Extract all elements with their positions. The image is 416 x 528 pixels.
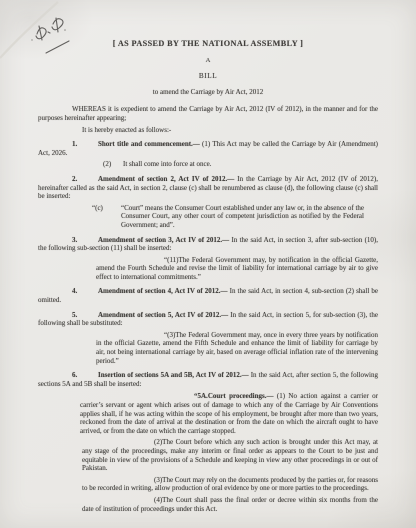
subsection-text: It shall come into force at once. — [123, 160, 211, 168]
subsection-number: (2) — [103, 160, 123, 169]
section-1-subsection-2: (2)It shall come into force at once. — [103, 160, 378, 169]
substituted-subsection-3: “(3)The Federal Government may, once in … — [96, 331, 378, 365]
inserted-subsection-11: “(11)The Federal Government may, by noti… — [96, 256, 378, 282]
section-5a-subsection-3: (3)The Court may rely on the documents p… — [82, 476, 378, 493]
section-5-paragraph: 5.Amendment of section 5, Act IV of 2012… — [38, 311, 378, 328]
section-2-paragraph: 2.Amendment of section 2, Act IV of 2012… — [38, 175, 378, 201]
section-6-number: 6. — [72, 371, 98, 380]
quote-marker: “(11) — [130, 256, 179, 265]
section-4-paragraph: 4.Amendment of section 4, Act IV of 2012… — [38, 287, 378, 304]
section-4-number: 4. — [72, 287, 98, 296]
quote-marker: “(3) — [130, 331, 175, 340]
section-4-heading: Amendment of section 4, Act IV of 2012.— — [98, 287, 228, 295]
enacting-clause: It is hereby enacted as follows:- — [38, 126, 378, 135]
section-3-heading: Amendment of section 3, Act IV of 2012.— — [98, 236, 229, 244]
section-5a-subsection-2: (2)The Court before which any such actio… — [82, 438, 378, 472]
section-6-heading: Insertion of sections 5A and 5B, Act IV … — [98, 371, 249, 379]
section-1-heading: Short title and commencement.— — [98, 140, 200, 148]
section-5a-heading: Court proceedings.— — [208, 392, 274, 400]
section-2-number: 2. — [72, 175, 98, 184]
inserted-section-5a: “5A.Court proceedings.— (1) No action ag… — [80, 392, 378, 435]
clause-marker: “(c) — [92, 204, 121, 213]
subsection-number: (3) — [118, 476, 162, 485]
subsection-number: (2) — [118, 438, 162, 447]
bill-subtitle: to amend the Carriage by Air Act, 2012 — [38, 88, 378, 97]
section-1-paragraph: 1.Short title and commencement.— (1) Thi… — [38, 140, 378, 157]
section-3-number: 3. — [72, 236, 98, 245]
section-3-paragraph: 3.Amendment of section 3, Act IV of 2012… — [38, 236, 378, 253]
bill-label: BILL — [38, 72, 378, 81]
section-5a-marker: “5A. — [137, 392, 208, 401]
section-5a-subsection-4: (4)The Court shall pass the final order … — [82, 496, 378, 513]
subsection-number: (4) — [118, 496, 162, 505]
section-6-paragraph: 6.Insertion of sections 5A and 5B, Act I… — [38, 371, 378, 388]
preamble: WHEREAS it is expedient to amend the Car… — [38, 105, 378, 122]
section-2-heading: Amendment of section 2, Act IV of 2012.— — [98, 175, 234, 183]
section-5-number: 5. — [72, 311, 98, 320]
clause-text: “Court” means the Consumer Court establi… — [121, 204, 364, 229]
inserted-clause-c: “(c)“Court” means the Consumer Court est… — [92, 204, 364, 230]
section-5-heading: Amendment of section 5, Act IV of 2012.— — [98, 311, 228, 319]
handwritten-annotation-icon — [15, 8, 105, 68]
scanned-bill-page: [ AS PASSED BY THE NATIONAL ASSEMBLY ] A… — [0, 0, 416, 528]
stray-mark: ’ — [320, 497, 322, 506]
section-1-number: 1. — [72, 140, 98, 149]
